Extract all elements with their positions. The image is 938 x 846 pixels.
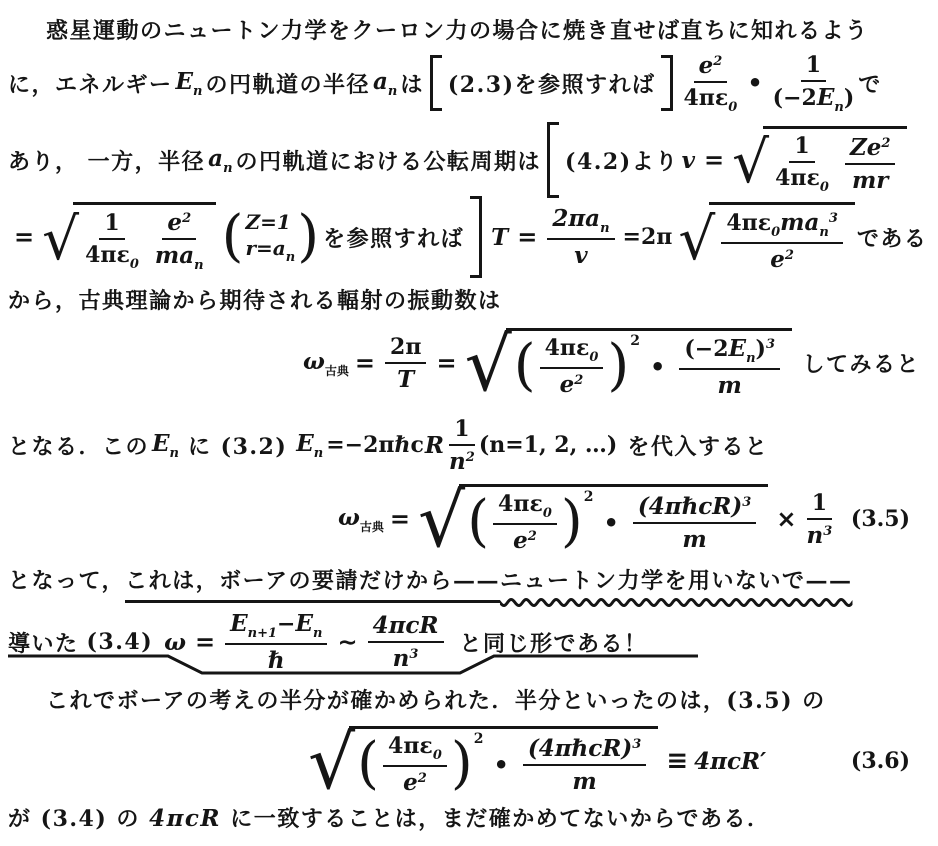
denominator: n2 — [449, 446, 475, 475]
subscript-0: 0 — [543, 506, 552, 521]
radicand: 4πε0man3 e2 — [709, 202, 855, 273]
equals-sign: = — [14, 223, 34, 251]
fraction-4pieps0-over-e2: 4πε0 e2 — [540, 335, 604, 398]
numerator: e2 — [694, 52, 728, 83]
var-a: a — [373, 68, 388, 95]
var-m: m — [718, 372, 742, 399]
underlined-tail-text: と同じ形である！ — [460, 627, 648, 658]
fraction-Ze2-over-mr: Ze2 mr — [845, 134, 895, 194]
var-e: e — [560, 371, 575, 398]
open-bracket — [430, 55, 442, 111]
denominator: mr — [852, 165, 888, 194]
fraction-4pieps-man3-over-e2: 4πε0man3 e2 — [721, 209, 843, 273]
numerator: 4πε0 — [383, 733, 447, 767]
numerator: 4πcR — [368, 612, 444, 643]
var-E: E — [230, 610, 248, 637]
open-paren-tall: ( — [514, 346, 536, 386]
numerator: 1 — [99, 210, 124, 240]
fraction-e2-over-man: e2 man — [155, 209, 204, 273]
var-mr: mr — [852, 167, 888, 194]
subscript-0: 0 — [433, 748, 442, 763]
var-e: e — [699, 52, 714, 79]
square-root: √ ( 4πε0 e2 ) 2 • (−2En)3 m — [465, 326, 792, 400]
paragraph-line-12: が (3.4) の 4πcR に一致することは，まだ確かめてないからである． — [8, 802, 771, 833]
subscript-n: n — [286, 250, 295, 265]
close-paren: ) — [844, 85, 854, 111]
fraction-neg2En3-over-m: (−2En)3 m — [679, 335, 780, 399]
text: の円軌道の半径 — [206, 68, 371, 99]
paragraph-line-10: 導いた (3.4) ω = En+1−En ℏ ∼ 4πcR n3 と同じ形であ… — [8, 610, 648, 674]
paren-squared: ( 4πε0 e2 ) 2 — [467, 491, 593, 554]
denominator: e2 — [560, 369, 584, 398]
subscript-0: 0 — [771, 225, 780, 240]
radical-sign: √ — [42, 210, 79, 268]
paragraph-line-1: 惑星運動のニュートン力学をクーロン力の場合に焼き直せば直ちに知れるよう — [46, 14, 869, 45]
condition-r-text: r=a — [245, 236, 285, 260]
var-E: E — [152, 430, 170, 457]
var-e: e — [513, 527, 528, 554]
close-paren-tall: ) — [607, 346, 629, 386]
denominator: 4πε0 — [775, 163, 829, 195]
text: となる．この — [8, 430, 149, 461]
equals-sign: = — [517, 223, 537, 251]
text: で — [858, 68, 882, 99]
var-E: E — [817, 84, 835, 111]
text: を代入すると — [627, 430, 768, 461]
paragraph-line-7: となる．この En に (3.2) En =−2πℏc R 1 n2 (n=1,… — [8, 414, 768, 476]
open-paren-neg2: (−2 — [684, 336, 728, 362]
denominator: e2 — [770, 244, 794, 273]
denominator: n3 — [806, 520, 832, 549]
reference-text: (4.2)より — [565, 145, 679, 176]
subscript-n-plus-1: n+1 — [248, 626, 277, 641]
square-root: √ 1 4πε0 Ze2 mr — [732, 126, 907, 195]
number-1: 1 — [454, 416, 469, 442]
close-paren-tall: ) — [561, 502, 583, 542]
const-4pi-epsilon: 4πε — [498, 491, 543, 517]
denominator: ℏ — [268, 645, 285, 674]
denominator: T — [397, 364, 414, 393]
text: が (3.4) の — [8, 806, 149, 832]
subscript-n: n — [194, 258, 203, 273]
term-2pi-a: 2πa — [552, 205, 600, 232]
var-R: R — [425, 432, 444, 459]
fraction-2pian-over-v: 2πan v — [547, 205, 614, 269]
equals-sign: = — [390, 505, 410, 533]
subscript-n: n — [746, 351, 755, 366]
radical-sign: √ — [732, 133, 769, 191]
term-4pi-cR-prime: 4πcR′ — [694, 748, 766, 775]
text: となって， — [8, 568, 125, 594]
paragraph-line-3: あり， 一方，半径 an の円軌道における公転周期は (4.2)より v = √… — [8, 122, 909, 198]
close-paren: ) — [756, 336, 766, 362]
superscript-3: 3 — [409, 647, 418, 662]
equals-sign: = — [704, 146, 724, 174]
center-dot: • — [650, 353, 665, 381]
paren-squared: ( 4πε0 e2 ) 2 — [514, 335, 640, 398]
subscript-0: 0 — [728, 100, 737, 115]
subscript-n: n — [313, 626, 322, 641]
open-paren-tall: ( — [357, 744, 379, 784]
superscript-2: 2 — [574, 373, 583, 388]
var-a-n: an — [373, 68, 397, 99]
var-hbar: ℏ — [268, 647, 285, 674]
fraction-4pieps0-over-e2: 4πε0 e2 — [383, 733, 447, 796]
superscript-3: 3 — [632, 737, 641, 752]
numerator: (4πℏcR)3 — [523, 735, 647, 766]
const-4pi-epsilon: 4πε — [726, 210, 771, 236]
conditions: Z=1 r=an — [243, 210, 297, 265]
const-4pi-epsilon: 4πε — [85, 242, 130, 268]
denominator: m — [718, 370, 742, 399]
var-m: m — [572, 768, 596, 795]
var-v: v — [682, 147, 695, 174]
const-4pi-epsilon: 4πε — [388, 733, 433, 759]
square-root: √ 4πε0man3 e2 — [678, 202, 855, 273]
center-dot: • — [747, 69, 762, 97]
var-n: n — [449, 448, 466, 475]
superscript-2: 2 — [630, 333, 640, 349]
var-T: T — [491, 224, 508, 251]
close-paren-tall: ) — [451, 744, 473, 784]
equals-sign: = — [195, 628, 215, 656]
subscript-n: n — [223, 161, 232, 176]
denominator: e2 — [403, 767, 427, 796]
superscript-2: 2 — [785, 248, 794, 263]
subscript-n: n — [600, 221, 609, 236]
fraction-1-over-4pieps0: 1 4πε0 — [775, 133, 829, 195]
superscript-2: 2 — [528, 529, 537, 544]
superscript-2: 2 — [418, 771, 427, 786]
var-omega: ω — [164, 629, 186, 656]
superscript-2: 2 — [474, 731, 484, 747]
numerator: 1 — [807, 490, 832, 520]
number-1: 1 — [812, 490, 827, 516]
numerator: 4πε0man3 — [721, 209, 843, 244]
const-4pi-epsilon: 4πε — [775, 165, 820, 191]
condition-Z: Z=1 — [245, 210, 290, 234]
subscript-n: n — [193, 84, 202, 99]
reference-text: (3.4) — [87, 629, 154, 655]
lhs-omega-classical: ω古典 — [303, 348, 349, 379]
text: は — [400, 68, 424, 99]
denominator: n3 — [393, 643, 419, 672]
square-root: √ 1 4πε0 e2 man — [42, 202, 216, 273]
open-bracket-tall — [547, 122, 559, 198]
similar-sign: ∼ — [337, 628, 357, 656]
term-2pi: 2π — [390, 334, 421, 360]
text: の円軌道における公転周期は — [236, 145, 542, 176]
superscript-3: 3 — [829, 211, 838, 226]
numerator: 4πε0 — [493, 491, 557, 525]
fraction-4pihcR3-over-m: (4πℏcR)3 m — [633, 493, 757, 553]
paragraph-line-2: に，エネルギー En の円軌道の半径 an は (2.3)を参照すれば e2 4… — [8, 44, 882, 122]
denominator: man — [155, 240, 204, 273]
reference-text: を参照すれば — [323, 222, 464, 253]
underlined-text: これは，ボーアの要請だけから—— — [125, 568, 500, 603]
center-dot: • — [604, 509, 619, 537]
var-E-n: En — [296, 430, 323, 461]
var-E: E — [295, 610, 313, 637]
var-omega: ω — [303, 348, 325, 375]
subscript-n: n — [819, 225, 828, 240]
radicand: 1 4πε0 e2 man — [73, 202, 216, 273]
numerator: e2 — [162, 209, 196, 240]
superscript-3: 3 — [823, 524, 832, 539]
var-E: E — [296, 430, 314, 457]
equiv-sign: ≡ — [666, 746, 688, 776]
var-a-n: an — [208, 145, 232, 176]
subscript-n: n — [388, 84, 397, 99]
var-T: T — [397, 366, 414, 393]
equals-2pi: =2π — [623, 224, 673, 250]
numerator: 2πan — [547, 205, 614, 240]
paragraph-line-5: から，古典理論から期待される輻射の振動数は — [8, 284, 502, 315]
fraction-4pihcR3-over-m: (4πℏcR)3 m — [523, 735, 647, 795]
denominator: m — [572, 766, 596, 795]
term-4pi-cR: 4πcR — [149, 805, 221, 832]
var-Ze: Ze — [850, 134, 881, 161]
const-4pi-epsilon: 4πε — [545, 335, 590, 361]
subscript-n: n — [314, 446, 323, 461]
reference-text: (2.3)を参照すれば — [448, 68, 656, 99]
numerator: (4πℏcR)3 — [633, 493, 757, 524]
text: あり， 一方，半径 — [8, 145, 205, 176]
numerator: En+1−En — [225, 610, 327, 645]
equals-sign: = — [355, 349, 375, 377]
square-root: √ ( 4πε0 e2 ) 2 • (4πℏcR)3 m — [418, 482, 768, 556]
radicand: ( 4πε0 e2 ) 2 • (4πℏcR)3 m — [459, 484, 768, 554]
var-ma: ma — [780, 209, 819, 236]
subscript-koten: 古典 — [360, 520, 384, 534]
numerator: 4πε0 — [540, 335, 604, 369]
reference-text: に (3.2) — [188, 430, 287, 461]
subscript-0: 0 — [820, 180, 829, 195]
radical-sign: √ — [465, 328, 512, 402]
numerator: Ze2 — [845, 134, 895, 165]
close-bracket — [661, 55, 673, 111]
var-v: v — [574, 242, 587, 269]
var-T: T — [491, 224, 508, 251]
square-root: √ ( 4πε0 e2 ) 2 • (4πℏcR)3 m — [308, 724, 658, 798]
const-4pi-epsilon: 4πε — [683, 85, 728, 111]
times-sign: × — [776, 505, 796, 533]
condition-r: r=an — [245, 236, 295, 265]
text: 導いた — [8, 627, 79, 658]
numerator: (−2En)3 — [679, 335, 780, 370]
fraction-En1-minus-En-over-hbar: En+1−En ℏ — [225, 610, 327, 674]
var-E-n: En — [152, 430, 179, 461]
fraction-1-over-n3: 1 n3 — [806, 490, 832, 549]
numerator: 1 — [449, 416, 474, 446]
superscript-3: 3 — [766, 337, 775, 352]
margin-note: してみると — [802, 348, 920, 379]
subscript-0: 0 — [130, 257, 139, 272]
open-paren-tall: ( — [222, 217, 244, 257]
var-E-n: En — [176, 68, 203, 99]
radicand: ( 4πε0 e2 ) 2 • (4πℏcR)3 m — [349, 726, 658, 796]
paren-squared: ( 4πε0 e2 ) 2 — [357, 733, 483, 796]
numerator: 2π — [385, 334, 426, 364]
paragraph-line-11: これでボーアの考えの半分が確かめられた．半分といったのは，(3.5) の — [46, 684, 826, 715]
fraction-4pieps0-over-e2: 4πε0 e2 — [493, 491, 557, 554]
var-e: e — [403, 769, 418, 796]
numerator: 1 — [801, 52, 826, 82]
superscript-2: 2 — [881, 136, 890, 151]
text: である — [857, 222, 928, 253]
var-E: E — [176, 68, 194, 95]
superscript-2: 2 — [713, 54, 722, 69]
var-omega: ω — [164, 629, 186, 656]
var-ma: ma — [155, 242, 194, 269]
denominator: v — [574, 240, 587, 269]
superscript-3: 3 — [742, 495, 751, 510]
textbook-page: 惑星運動のニュートン力学をクーロン力の場合に焼き直せば直ちに知れるよう に，エネ… — [0, 0, 938, 846]
equals-neg-2pi-hbar-c: =−2πℏc — [326, 432, 424, 458]
paragraph-line-9: となって，これは，ボーアの要請だけから——ニュートン力学を用いないで—— — [8, 564, 852, 595]
equation-omega-classical: ω古典 = 2π T = √ ( 4πε0 e2 ) 2 • — [8, 322, 930, 404]
denominator: (−2En) — [773, 82, 855, 115]
radical-sign: √ — [418, 484, 465, 558]
subscript-koten: 古典 — [325, 364, 349, 378]
fraction-4picR-over-n3: 4πcR n3 — [368, 612, 444, 672]
open-paren-tall: ( — [467, 502, 489, 542]
subscript-0: 0 — [589, 350, 598, 365]
n-values: (n=1, 2, …) — [479, 432, 618, 458]
fraction-e2-over-4pieps0: e2 4πε0 — [683, 52, 737, 115]
superscript-2: 2 — [182, 211, 191, 226]
superscript-2: 2 — [584, 489, 594, 505]
var-n: n — [393, 645, 410, 672]
number-1: 1 — [104, 210, 119, 236]
term-4pi-cR: 4πcR — [373, 612, 439, 639]
fraction-1-over-neg2En: 1 (−2En) — [773, 52, 855, 115]
minus-sign: − — [277, 611, 295, 637]
subscript-n: n — [170, 446, 179, 461]
radical-sign: √ — [308, 726, 355, 800]
superscript-2: 2 — [466, 450, 475, 465]
number-1: 1 — [806, 52, 821, 78]
open-paren-neg2: (−2 — [773, 85, 817, 111]
denominator: e2 — [513, 525, 537, 554]
fraction-1-over-n2: 1 n2 — [449, 416, 475, 475]
var-omega: ω — [338, 504, 360, 531]
equation-number: (3.5) — [851, 506, 910, 532]
term-4pi-hbar-cR: (4πℏcR) — [638, 493, 742, 520]
numerator: 1 — [789, 133, 814, 163]
var-E: E — [729, 335, 747, 362]
var-a: a — [208, 145, 223, 172]
center-dot: • — [493, 751, 508, 779]
equals-sign: = — [436, 349, 456, 377]
equation-3-5: ω古典 = √ ( 4πε0 e2 ) 2 • (4πℏcR)3 m — [8, 476, 930, 562]
close-bracket-tall — [470, 196, 482, 278]
fraction-1-over-4pieps0: 1 4πε0 — [85, 210, 139, 272]
denominator: m — [682, 524, 706, 553]
fraction-2pi-over-T: 2π T — [385, 334, 426, 393]
radicand: 1 4πε0 Ze2 mr — [763, 126, 907, 195]
subscript-n: n — [834, 100, 843, 115]
denominator: 4πε0 — [683, 83, 737, 115]
lhs-omega-classical: ω古典 — [338, 504, 384, 535]
conditions-stack: ( Z=1 r=an ) — [222, 210, 319, 265]
text: に，エネルギー — [8, 68, 173, 99]
radicand: ( 4πε0 e2 ) 2 • (−2En)3 m — [506, 328, 792, 399]
var-R: R — [425, 432, 444, 459]
var-e: e — [167, 209, 182, 236]
equation-number: (3.6) — [851, 748, 910, 774]
paragraph-line-4: = √ 1 4πε0 e2 man ( Z=1 r=an ) を参照すれば — [8, 196, 927, 278]
number-1: 1 — [794, 133, 809, 159]
close-paren-tall: ) — [297, 217, 319, 257]
var-e: e — [770, 246, 785, 273]
radical-sign: √ — [678, 210, 715, 268]
equation-3-6: √ ( 4πε0 e2 ) 2 • (4πℏcR)3 m ≡ 4π — [8, 718, 930, 804]
term-4pi-hbar-cR: (4πℏcR) — [528, 735, 632, 762]
var-n: n — [806, 522, 823, 549]
text: に一致することは，まだ確かめてないからである． — [221, 806, 770, 832]
var-v: v — [682, 147, 695, 174]
denominator: 4πε0 — [85, 240, 139, 272]
wavy-underlined-text: ニュートン力学を用いないで—— — [500, 568, 853, 594]
var-m: m — [682, 526, 706, 553]
